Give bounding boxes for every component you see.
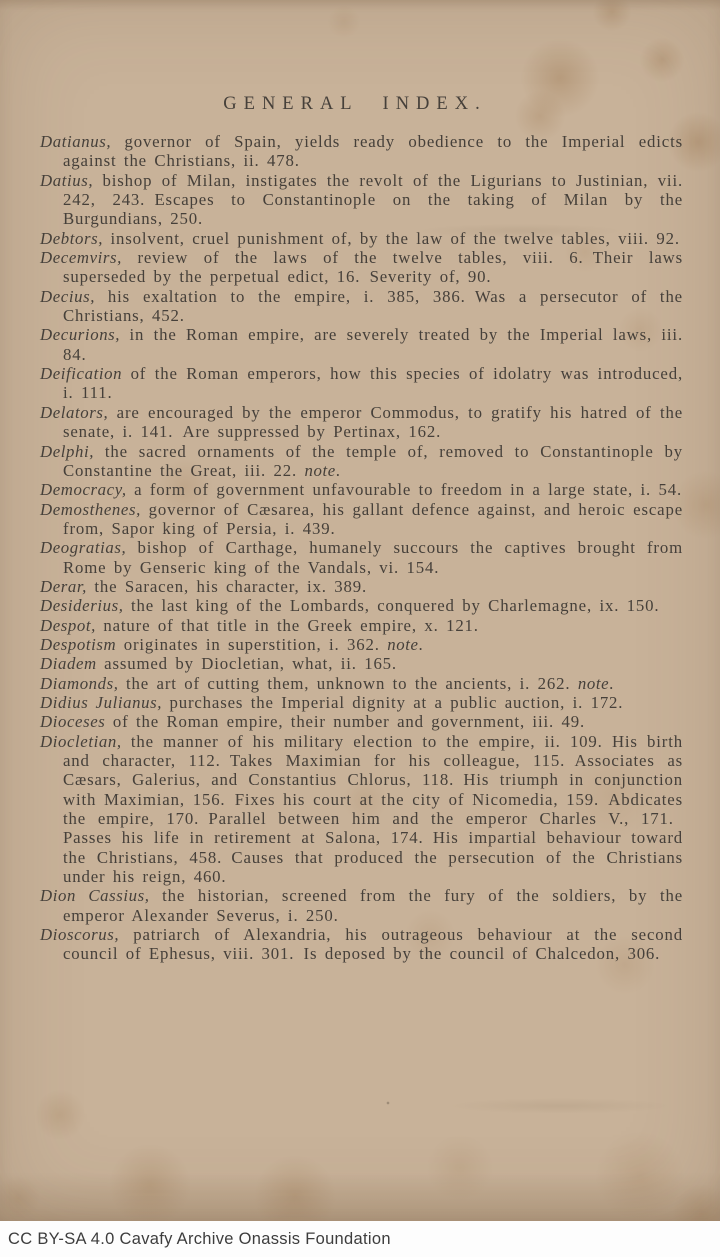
entry-text: are encouraged by the emperor Commodus, … (63, 403, 683, 441)
index-entry: Diamonds, the art of cutting them, unkno… (40, 674, 683, 693)
entry-term: Dioscorus, (40, 925, 119, 944)
entry-text: nature of that title in the Greek empire… (96, 616, 479, 635)
entry-text: in the Roman empire, are severely treate… (63, 325, 683, 363)
entry-text: assumed by Diocletian, what, ii. 165. (97, 654, 397, 673)
entry-text: governor of Spain, yields ready obedienc… (63, 132, 683, 170)
index-entry: Democracy, a form of government unfavour… (40, 480, 683, 499)
entry-term: Diamonds, (40, 674, 119, 693)
index-entry: Deogratias, bishop of Carthage, humanely… (40, 538, 683, 577)
entry-term: Decius, (40, 287, 95, 306)
entry-text: a form of government unfavourable to fre… (127, 480, 682, 499)
entry-term: Dioceses (40, 712, 105, 731)
index-entry: Deification of the Roman emperors, how t… (40, 364, 683, 403)
entry-text: the Saracen, his character, ix. 389. (87, 577, 367, 596)
book-page: GENERAL INDEX. Datianus, governor of Spa… (0, 0, 720, 1221)
index-entry: Decius, his exaltation to the empire, i.… (40, 287, 683, 326)
index-entry: Demosthenes, governor of Cæsarea, his ga… (40, 500, 683, 539)
index-entry: Despot, nature of that title in the Gree… (40, 616, 683, 635)
index-entry: Diocletian, the manner of his military e… (40, 732, 683, 887)
entry-term: Delphi, (40, 442, 94, 461)
entry-term: Despotism (40, 635, 116, 654)
entry-term: Deification (40, 364, 122, 383)
index-entry: Delphi, the sacred ornaments of the temp… (40, 442, 683, 481)
entry-text: of the Roman emperors, how this species … (63, 364, 683, 402)
entry-term: Decemvirs, (40, 248, 122, 267)
entry-text: the manner of his military election to t… (63, 732, 683, 886)
index-entries: Datianus, governor of Spain, yields read… (40, 132, 683, 964)
entry-text: governor of Cæsarea, his gallant defence… (63, 500, 683, 538)
entry-term: Democracy, (40, 480, 127, 499)
scanned-page: GENERAL INDEX. Datianus, governor of Spa… (0, 0, 720, 1257)
entry-text: his exaltation to the empire, i. 385, 38… (63, 287, 683, 325)
page-title: GENERAL INDEX. (0, 94, 710, 115)
index-entry: Didius Julianus, purchases the Imperial … (40, 693, 683, 712)
entry-term: Decurions, (40, 325, 120, 344)
license-bar: CC BY-SA 4.0 Cavafy Archive Onassis Foun… (0, 1221, 720, 1257)
index-entry: Decurions, in the Roman empire, are seve… (40, 325, 683, 364)
entry-term: Derar, (40, 577, 87, 596)
entry-text: purchases the Imperial dignity at a publ… (162, 693, 623, 712)
entry-text: insolvent, cruel punishment of, by the l… (103, 229, 680, 248)
entry-text: bishop of Milan, instigates the revolt o… (63, 171, 683, 229)
entry-term: Delators, (40, 403, 108, 422)
entry-term: Demosthenes, (40, 500, 141, 519)
entry-term: Datius, (40, 171, 93, 190)
index-entry: Decemvirs, review of the laws of the twe… (40, 248, 683, 287)
entry-term: Diocletian, (40, 732, 122, 751)
entry-text: originates in superstition, i. 362. note… (116, 635, 423, 654)
entry-term: Debtors, (40, 229, 103, 248)
index-entry: Dioscorus, patriarch of Alexandria, his … (40, 925, 683, 964)
index-entry: Datianus, governor of Spain, yields read… (40, 132, 683, 171)
entry-term: Deogratias, (40, 538, 126, 557)
index-entry: Debtors, insolvent, cruel punishment of,… (40, 229, 683, 248)
entry-text: review of the laws of the twelve tables,… (63, 248, 683, 286)
entry-term: Datianus, (40, 132, 111, 151)
index-entry: Diadem assumed by Diocletian, what, ii. … (40, 654, 683, 673)
entry-term: Dion Cassius, (40, 886, 150, 905)
index-entry: Datius, bishop of Milan, instigates the … (40, 171, 683, 229)
entry-text: the sacred ornaments of the temple of, r… (63, 442, 683, 480)
entry-text: the last king of the Lombards, conquered… (124, 596, 660, 615)
entry-text: bishop of Carthage, humanely succours th… (63, 538, 683, 576)
index-entry: Despotism originates in superstition, i.… (40, 635, 683, 654)
entry-term: Desiderius, (40, 596, 124, 615)
entry-term: Diadem (40, 654, 97, 673)
entry-text: patriarch of Alexandria, his outrageous … (63, 925, 683, 963)
index-entry: Desiderius, the last king of the Lombard… (40, 596, 683, 615)
index-entry: Dion Cassius, the historian, screened fr… (40, 886, 683, 925)
index-entry: Derar, the Saracen, his character, ix. 3… (40, 577, 683, 596)
index-entry: Dioceses of the Roman empire, their numb… (40, 712, 683, 731)
index-entry: Delators, are encouraged by the emperor … (40, 403, 683, 442)
license-text: CC BY-SA 4.0 Cavafy Archive Onassis Foun… (8, 1230, 391, 1249)
entry-term: Despot, (40, 616, 96, 635)
entry-text: the historian, screened from the fury of… (63, 886, 683, 924)
entry-term: Didius Julianus, (40, 693, 162, 712)
entry-text: of the Roman empire, their number and go… (105, 712, 585, 731)
entry-text: the art of cutting them, unknown to the … (119, 674, 615, 693)
